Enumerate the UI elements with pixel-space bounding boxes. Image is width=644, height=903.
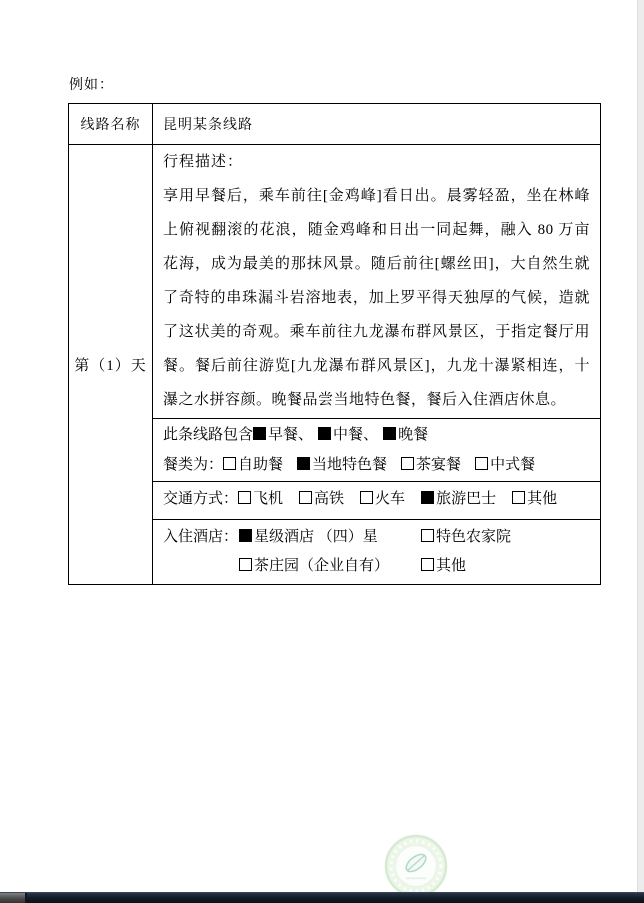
option-local-specialty: 当地特色餐 [297,457,387,473]
transport-label: 交通方式： [163,491,238,507]
checkbox-chinese-meal-icon [475,457,488,470]
checkbox-star-hotel-icon [239,529,252,542]
option-tour-bus: 旅游巴士 [421,491,496,507]
option-highspeed-rail-label: 高铁 [314,491,344,507]
line-name-value: 昆明某条线路 [153,104,600,144]
option-train-label: 火车 [375,491,405,507]
itinerary-title: 行程描述： [163,145,590,179]
checkbox-highspeed-rail-icon [299,491,312,504]
checkbox-breakfast-icon [253,427,266,440]
checkbox-dinner-icon [383,427,396,440]
option-plane-label: 飞机 [253,491,283,507]
option-hotel-other-label: 其他 [436,558,466,574]
checkbox-tea-banquet-icon [401,457,414,470]
option-breakfast-label: 早餐 [268,427,298,443]
itinerary-description-cell: 行程描述： 享用早餐后，乘车前往[金鸡峰]看日出。晨雾轻盈，坐在林峰上俯视翻滚的… [153,145,600,419]
option-chinese-meal: 中式餐 [475,457,535,473]
option-lunch: 中餐、 [318,427,383,443]
checkbox-transport-other-icon [512,491,525,504]
day-label: 第（1）天 [69,145,153,584]
option-tea-banquet: 茶宴餐 [401,457,461,473]
option-plane: 飞机 [238,491,283,507]
option-transport-other-label: 其他 [527,491,557,507]
checkbox-plane-icon [238,491,251,504]
hotel-cell: 入住酒店：星级酒店 （四）星特色农家院 茶庄园（企业自有）其他 [153,520,600,584]
option-buffet-label: 自助餐 [238,457,283,473]
hotel-label: 入住酒店： [163,523,239,552]
option-farmhouse: 特色农家院 [421,523,511,552]
option-tea-estate-label: 茶庄园（企业自有） [254,558,389,574]
bottom-bar-left-segment [0,893,27,903]
separator: 、 [363,427,378,443]
meals-included-line: 此条线路包含早餐、中餐、晚餐 [163,420,590,450]
checkbox-buffet-icon [223,457,236,470]
option-dinner: 晚餐 [383,427,428,443]
hotel-line-1: 入住酒店：星级酒店 （四）星特色农家院 [163,523,590,552]
transport-cell: 交通方式：飞机高铁火车旅游巴士其他 [153,482,600,520]
option-hotel-other: 其他 [421,552,466,581]
option-tea-banquet-label: 茶宴餐 [416,457,461,473]
row-line-name: 线路名称 昆明某条线路 [69,104,600,145]
option-tour-bus-label: 旅游巴士 [436,491,496,507]
option-breakfast: 早餐、 [253,427,318,443]
option-buffet: 自助餐 [223,457,283,473]
option-train: 火车 [360,491,405,507]
option-chinese-meal-label: 中式餐 [490,457,535,473]
checkbox-local-specialty-icon [297,457,310,470]
option-dinner-label: 晚餐 [398,427,428,443]
checkbox-tea-estate-icon [239,558,252,571]
option-farmhouse-label: 特色农家院 [436,529,511,545]
intro-label: 例如： [69,74,114,94]
option-local-specialty-label: 当地特色餐 [312,457,387,473]
option-tea-estate: 茶庄园（企业自有） [239,552,421,581]
itinerary-table: 线路名称 昆明某条线路 第（1）天 行程描述： 享用早餐后，乘车前往[金鸡峰]看… [68,103,601,585]
checkbox-farmhouse-icon [421,529,434,542]
option-star-hotel-label: 星级酒店 （四）星 [254,529,378,545]
meals-included-prefix: 此条线路包含 [163,427,253,443]
hotel-line-2: 茶庄园（企业自有）其他 [163,552,590,581]
meal-type-label: 餐类为： [163,457,223,473]
checkbox-train-icon [360,491,373,504]
option-transport-other: 其他 [512,491,557,507]
bottom-window-bar [0,892,644,903]
checkbox-lunch-icon [318,427,331,440]
page-edge-strip [637,0,644,892]
option-highspeed-rail: 高铁 [299,491,344,507]
meals-cell: 此条线路包含早餐、中餐、晚餐 餐类为：自助餐当地特色餐茶宴餐中式餐 [153,419,600,483]
option-lunch-label: 中餐 [333,427,363,443]
checkbox-tour-bus-icon [421,491,434,504]
checkbox-hotel-other-icon [421,558,434,571]
meal-type-line: 餐类为：自助餐当地特色餐茶宴餐中式餐 [163,450,590,480]
row-day-1: 第（1）天 行程描述： 享用早餐后，乘车前往[金鸡峰]看日出。晨雾轻盈，坐在林峰… [69,145,600,584]
itinerary-text: 享用早餐后，乘车前往[金鸡峰]看日出。晨雾轻盈，坐在林峰上俯视翻滚的花浪，随金鸡… [163,179,590,417]
option-star-hotel: 星级酒店 （四）星 [239,523,421,552]
line-name-header: 线路名称 [69,104,153,144]
seal-watermark [382,832,450,900]
separator: 、 [298,427,313,443]
